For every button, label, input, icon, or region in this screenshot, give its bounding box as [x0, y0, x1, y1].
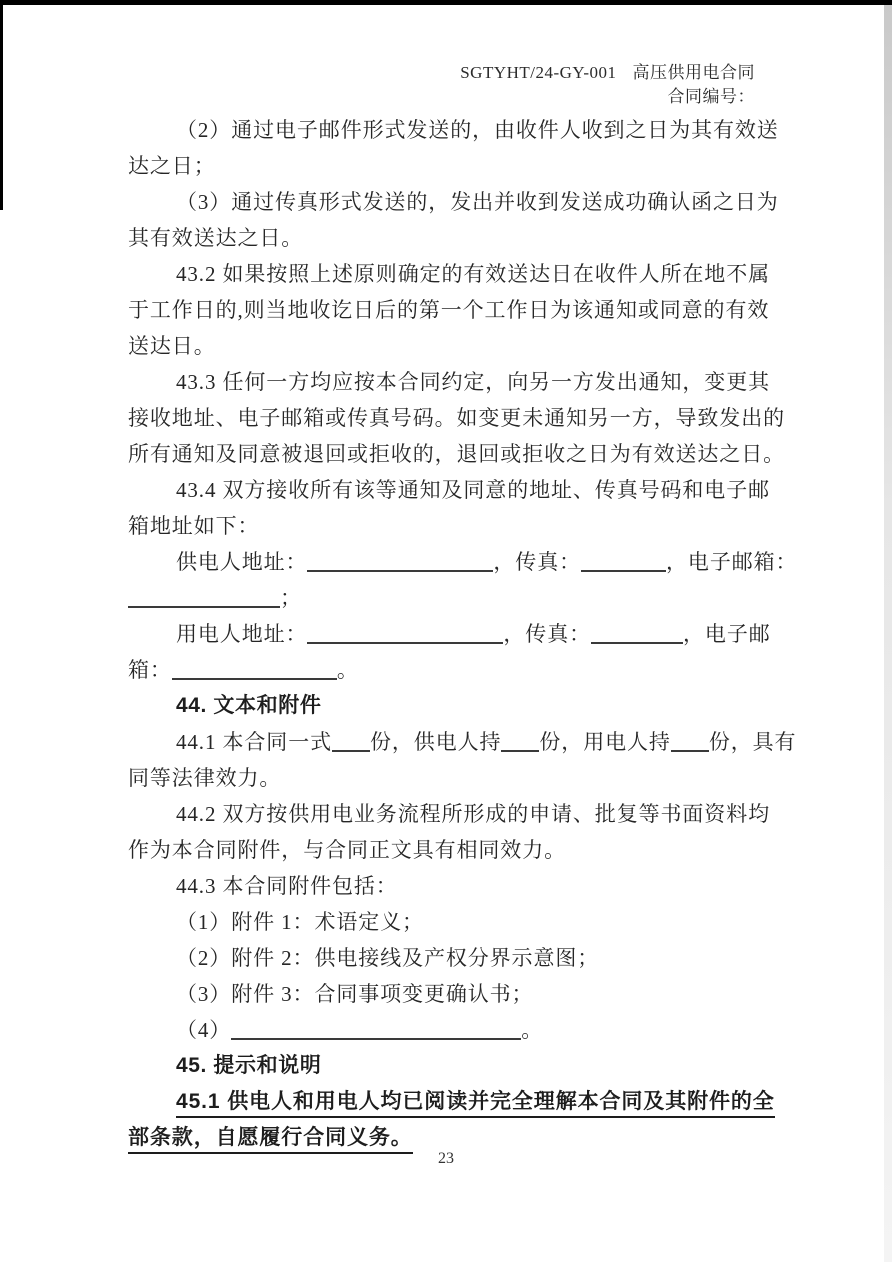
clause-43-4-line2: 箱地址如下：: [128, 508, 788, 544]
clause-43-2-line3: 送达日。: [128, 328, 788, 364]
clause-45-1-line1: 45.1 供电人和用电人均已阅读并完全理解本合同及其附件的全: [128, 1084, 788, 1120]
document-title: 高压供用电合同: [633, 63, 756, 82]
clause-43-3-line1: 43.3 任何一方均应按本合同约定，向另一方发出通知，变更其: [128, 364, 788, 400]
clause-44-2-line2: 作为本合同附件，与合同正文具有相同效力。: [128, 832, 788, 868]
customer-fax-blank: [591, 622, 683, 644]
annex-item-2: （2）附件 2：供电接线及产权分界示意图；: [128, 940, 788, 976]
scan-edge-left: [0, 0, 3, 210]
customer-address-blank: [307, 622, 503, 644]
supplier-address-label: 供电人地址：: [176, 550, 307, 574]
clause-notice-item2-line2: 达之日；: [128, 148, 788, 184]
section-45-heading: 45. 提示和说明: [128, 1048, 788, 1084]
contract-document-page: SGTYHT/24-GY-001高压供用电合同 合同编号： （2）通过电子邮件形…: [0, 0, 892, 1262]
clause-44-1-line1: 44.1 本合同一式份，供电人持份，用电人持份，具有: [128, 724, 788, 760]
annex-item-1: （1）附件 1：术语定义；: [128, 904, 788, 940]
clause-43-3-line3: 所有通知及同意被退回或拒收的，退回或拒收之日为有效送达之日。: [128, 436, 788, 472]
supplier-email-label: ，电子邮箱：: [666, 550, 797, 574]
document-header: SGTYHT/24-GY-001高压供用电合同 合同编号：: [460, 61, 755, 109]
header-line-1: SGTYHT/24-GY-001高压供用电合同: [460, 61, 755, 85]
customer-email-box-label: 箱：: [128, 658, 172, 682]
clause-43-4-line1: 43.4 双方接收所有该等通知及同意的地址、传真号码和电子邮: [128, 472, 788, 508]
clause-44-1-line2: 同等法律效力。: [128, 760, 788, 796]
contract-number-label: 合同编号：: [460, 85, 755, 109]
customer-fax-label: ，传真：: [503, 622, 591, 646]
customer-email-label: ，电子邮: [683, 622, 771, 646]
supplier-fax-label: ，传真：: [493, 550, 581, 574]
document-code: SGTYHT/24-GY-001: [460, 63, 616, 82]
annex-item-4: （4）。: [128, 1012, 788, 1048]
clause-44-1-part2: 份，供电人持: [370, 730, 501, 754]
section-44-heading: 44. 文本和附件: [128, 688, 788, 724]
clause-notice-item3-line1: （3）通过传真形式发送的，发出并收到发送成功确认函之日为: [128, 184, 788, 220]
supplier-address-blank: [307, 550, 493, 572]
customer-copies-blank: [671, 730, 709, 752]
clause-45-1-line1-text: 45.1 供电人和用电人均已阅读并完全理解本合同及其附件的全: [176, 1090, 775, 1118]
clause-43-3-line2: 接收地址、电子邮箱或传真号码。如变更未通知另一方，导致发出的: [128, 400, 788, 436]
annex-item-3: （3）附件 3：合同事项变更确认书；: [128, 976, 788, 1012]
supplier-contact-line1: 供电人地址：，传真：，电子邮箱：: [128, 544, 788, 580]
customer-contact-line1: 用电人地址：，传真：，电子邮: [128, 616, 788, 652]
annex-item-4-blank: [231, 1018, 521, 1040]
clause-43-2-line2: 于工作日的,则当地收讫日后的第一个工作日为该通知或同意的有效: [128, 292, 788, 328]
supplier-copies-blank: [501, 730, 539, 752]
supplier-email-blank: [128, 586, 280, 608]
clause-44-1-part1: 44.1 本合同一式: [176, 730, 332, 754]
total-copies-blank: [332, 730, 370, 752]
supplier-line2-tail: ；: [280, 586, 302, 610]
page-number: 23: [0, 1150, 892, 1168]
customer-address-label: 用电人地址：: [176, 622, 307, 646]
clause-notice-item3-line2: 其有效送达之日。: [128, 220, 788, 256]
clause-43-2-line1: 43.2 如果按照上述原则确定的有效送达日在收件人所在地不属: [128, 256, 788, 292]
supplier-contact-line2: ；: [128, 580, 788, 616]
scan-edge-right: [884, 5, 892, 1262]
customer-email-blank: [172, 658, 337, 680]
customer-line2-tail: 。: [337, 658, 359, 682]
contract-body: （2）通过电子邮件形式发送的，由收件人收到之日为其有效送 达之日； （3）通过传…: [128, 112, 788, 1156]
annex-item-4-tail: 。: [521, 1018, 543, 1042]
clause-44-1-part4: 份，具有: [709, 730, 797, 754]
scan-edge-top: [0, 0, 892, 5]
clause-44-2-line1: 44.2 双方按供用电业务流程所形成的申请、批复等书面资料均: [128, 796, 788, 832]
customer-contact-line2: 箱：。: [128, 652, 788, 688]
supplier-fax-blank: [581, 550, 666, 572]
clause-44-3-line1: 44.3 本合同附件包括：: [128, 868, 788, 904]
clause-notice-item2-line1: （2）通过电子邮件形式发送的，由收件人收到之日为其有效送: [128, 112, 788, 148]
clause-44-1-part3: 份，用电人持: [539, 730, 670, 754]
annex-item-4-label: （4）: [176, 1018, 231, 1042]
